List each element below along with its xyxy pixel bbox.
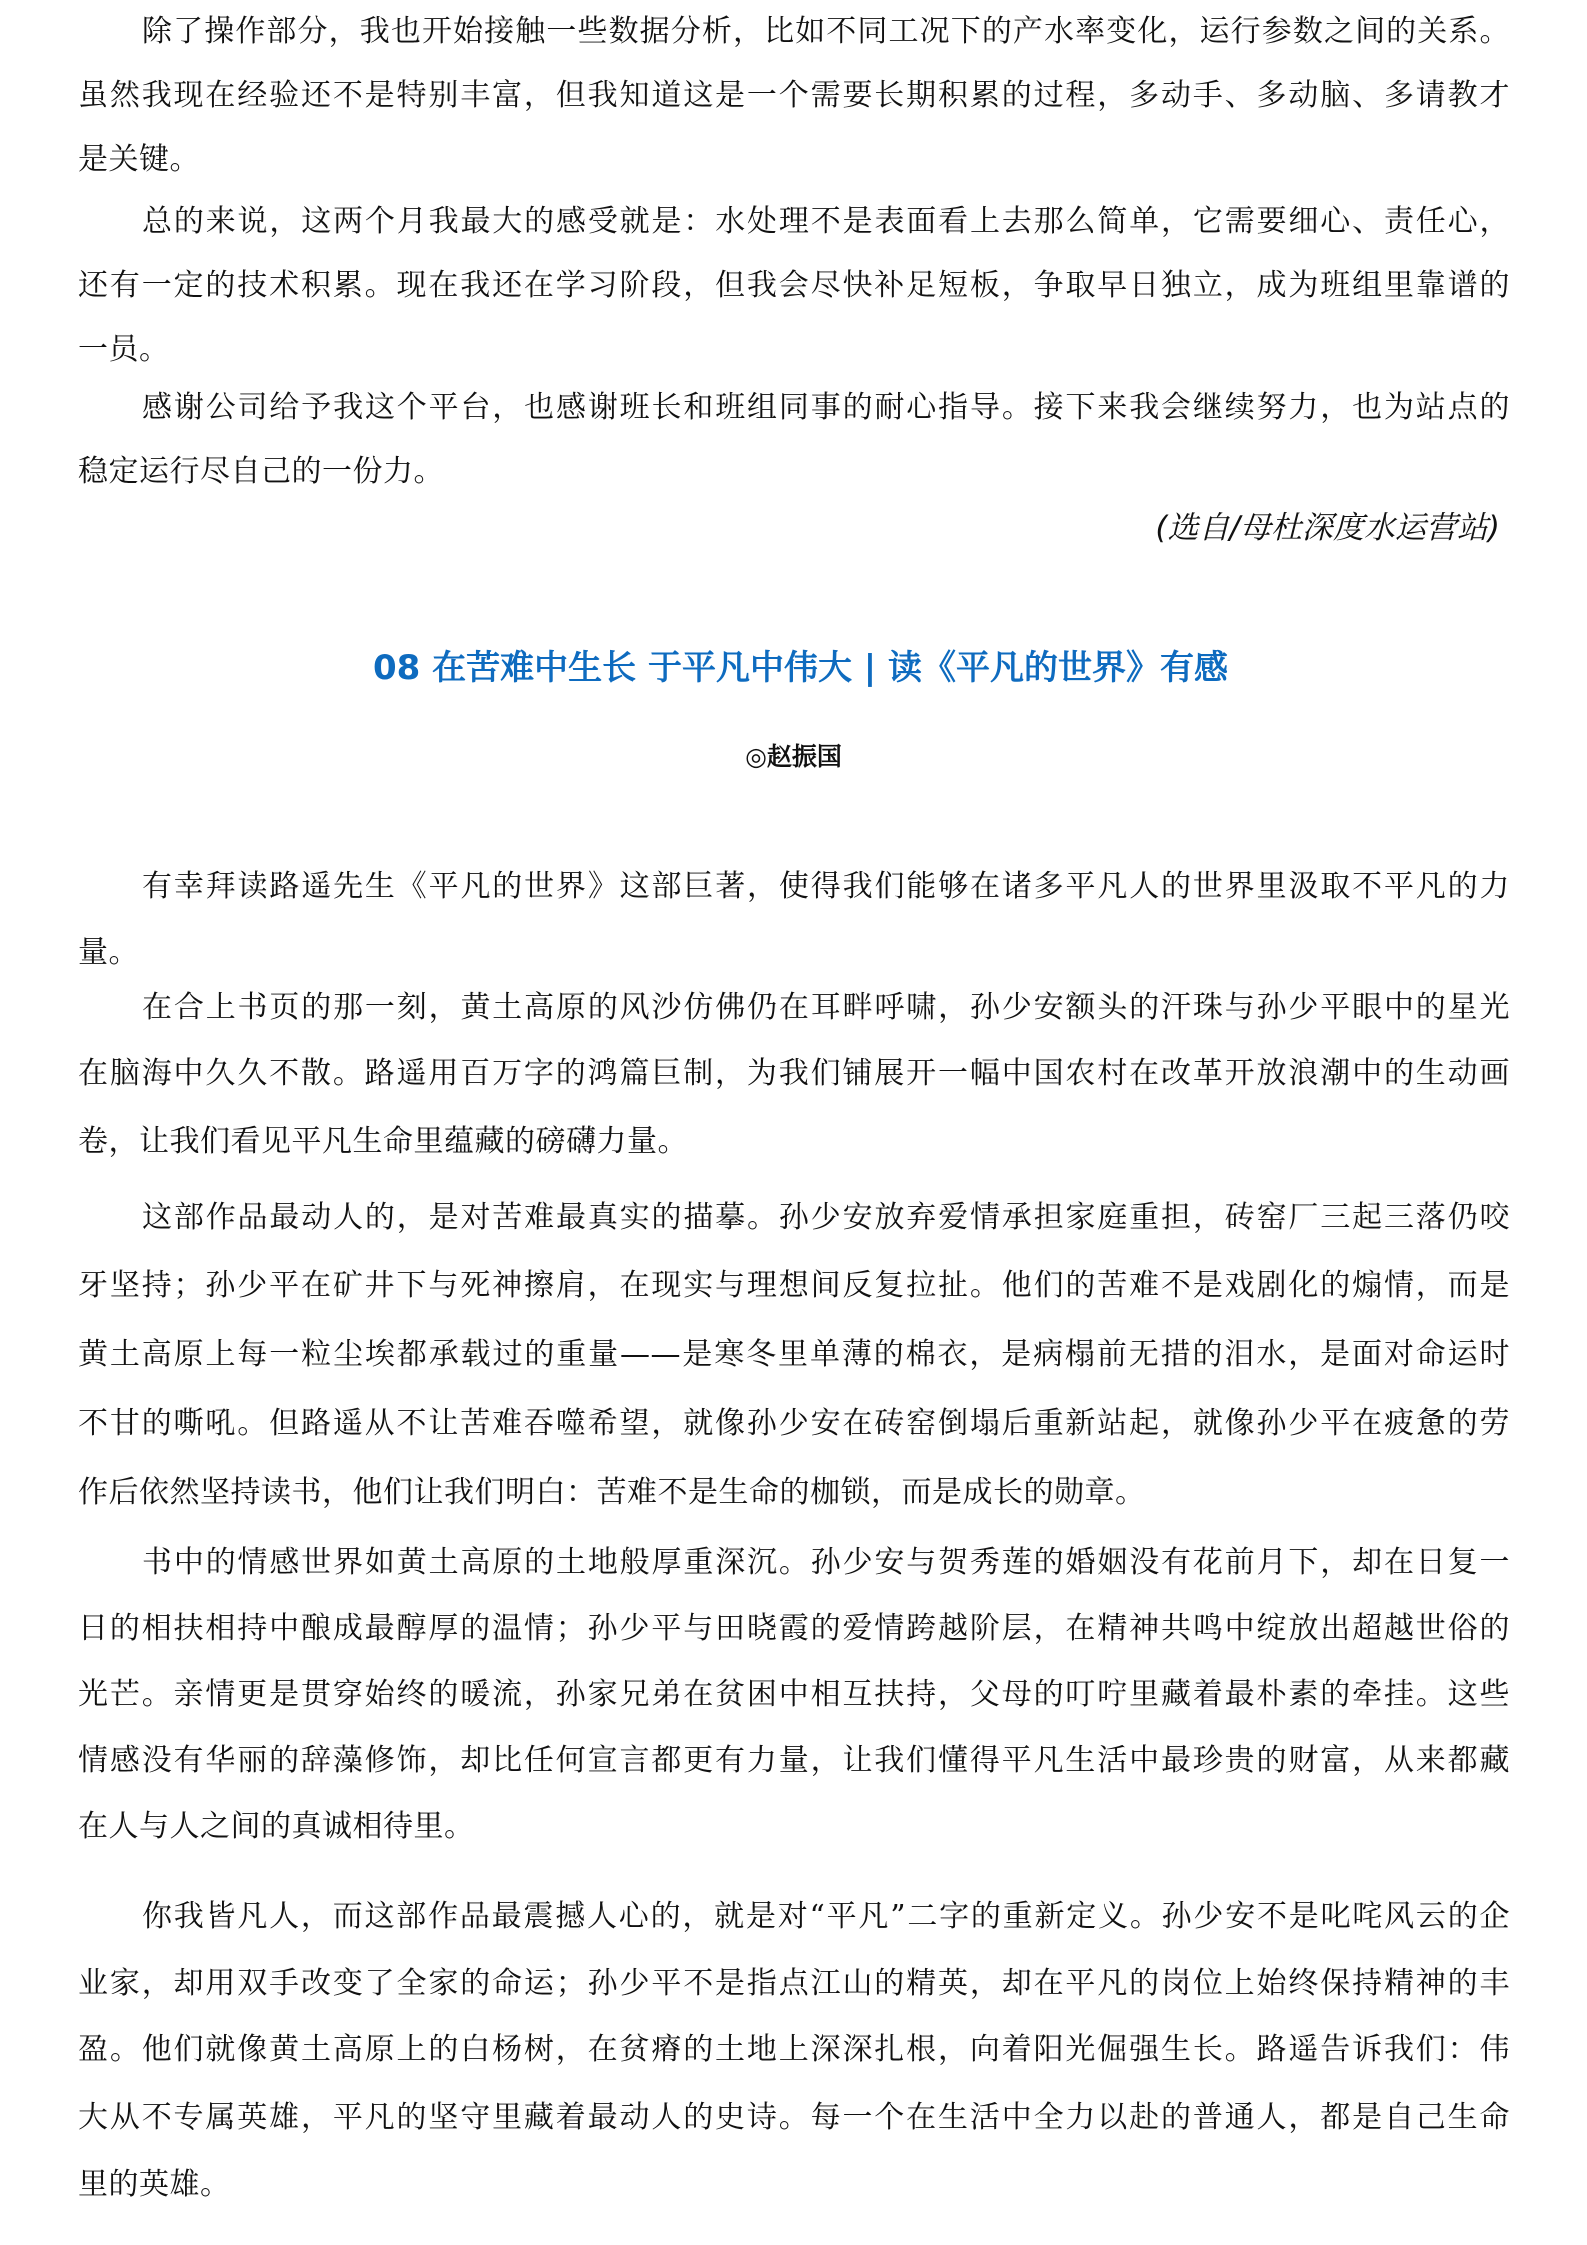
text-line: 这部作品最动人的，是对苦难最真实的描摹。孙少安放弃爱情承担家庭重担，砖窑厂三起三… xyxy=(78,1185,1510,1251)
article-paragraph-2: 在合上书页的那一刻，黄土高原的风沙仿佛仍在耳畔呼啸，孙少安额头的汗珠与孙少平眼中… xyxy=(78,975,1510,1176)
text-line: 卷，让我们看见平凡生命里蕴藏的磅礴力量。 xyxy=(78,1107,1510,1176)
text-line: 有幸拜读路遥先生《平凡的世界》这部巨著，使得我们能够在诸多平凡人的世界里汲取不平… xyxy=(78,854,1510,920)
previous-article-paragraph-1: 除了操作部分，我也开始接触一些数据分析，比如不同工况下的产水率变化，运行参数之间… xyxy=(78,0,1510,192)
text-line: 总的来说，这两个月我最大的感受就是：水处理不是表面看上去那么简单，它需要细心、责… xyxy=(78,190,1510,254)
text-line: 业家，却用双手改变了全家的命运；孙少平不是指点江山的精英，却在平凡的岗位上始终保… xyxy=(78,1951,1510,2017)
article-paragraph-4: 书中的情感世界如黄土高原的土地般厚重深沉。孙少安与贺秀莲的婚姻没有花前月下，却在… xyxy=(78,1530,1510,1860)
article-author: ◎赵振国 xyxy=(0,738,1587,776)
text-line: 日的相扶相持中酿成最醇厚的温情；孙少平与田晓霞的爱情跨越阶层，在精神共鸣中绽放出… xyxy=(78,1596,1510,1662)
article-paragraph-3: 这部作品最动人的，是对苦难最真实的描摹。孙少安放弃爱情承担家庭重担，砖窑厂三起三… xyxy=(78,1185,1510,1527)
text-line: 在合上书页的那一刻，黄土高原的风沙仿佛仍在耳畔呼啸，孙少安额头的汗珠与孙少平眼中… xyxy=(78,975,1510,1041)
source-attribution: (选自/母杜深度水运营站) xyxy=(1155,505,1500,551)
text-line: 光芒。亲情更是贯穿始终的暖流，孙家兄弟在贫困中相互扶持，父母的叮咛里藏着最朴素的… xyxy=(78,1662,1510,1728)
text-line: 是关键。 xyxy=(78,128,1510,192)
text-line: 里的英雄。 xyxy=(78,2152,1510,2218)
text-line: 盈。他们就像黄土高原上的白杨树，在贫瘠的土地上深深扎根，向着阳光倔强生长。路遥告… xyxy=(78,2017,1510,2083)
text-line: 在脑海中久久不散。路遥用百万字的鸿篇巨制，为我们铺展开一幅中国农村在改革开放浪潮… xyxy=(78,1041,1510,1107)
text-line: 一员。 xyxy=(78,318,1510,382)
text-line: 感谢公司给予我这个平台，也感谢班长和班组同事的耐心指导。接下来我会继续努力，也为… xyxy=(78,376,1510,440)
text-line: 书中的情感世界如黄土高原的土地般厚重深沉。孙少安与贺秀莲的婚姻没有花前月下，却在… xyxy=(78,1530,1510,1596)
text-line: 你我皆凡人，而这部作品最震撼人心的，就是对“平凡”二字的重新定义。孙少安不是叱咤… xyxy=(78,1882,1510,1951)
text-line: 情感没有华丽的辞藻修饰，却比任何宣言都更有力量，让我们懂得平凡生活中最珍贵的财富… xyxy=(78,1728,1510,1794)
text-line: 大从不专属英雄，平凡的坚守里藏着最动人的史诗。每一个在生活中全力以赴的普通人，都… xyxy=(78,2083,1510,2152)
text-line: 虽然我现在经验还不是特别丰富，但我知道这是一个需要长期积累的过程，多动手、多动脑… xyxy=(78,64,1510,128)
article-paragraph-5: 你我皆凡人，而这部作品最震撼人心的，就是对“平凡”二字的重新定义。孙少安不是叱咤… xyxy=(78,1882,1510,2218)
text-line: 作后依然坚持读书，他们让我们明白：苦难不是生命的枷锁，而是成长的勋章。 xyxy=(78,1458,1510,1527)
text-line: 除了操作部分，我也开始接触一些数据分析，比如不同工况下的产水率变化，运行参数之间… xyxy=(78,0,1510,64)
text-line: 还有一定的技术积累。现在我还在学习阶段，但我会尽快补足短板，争取早日独立，成为班… xyxy=(78,254,1510,318)
text-line: 不甘的嘶吼。但路遥从不让苦难吞噬希望，就像孙少安在砖窑倒塌后重新站起，就像孙少平… xyxy=(78,1389,1510,1458)
previous-article-paragraph-3: 感谢公司给予我这个平台，也感谢班长和班组同事的耐心指导。接下来我会继续努力，也为… xyxy=(78,376,1510,504)
previous-article-paragraph-2: 总的来说，这两个月我最大的感受就是：水处理不是表面看上去那么简单，它需要细心、责… xyxy=(78,190,1510,382)
text-line: 稳定运行尽自己的一份力。 xyxy=(78,440,1510,504)
text-line: 在人与人之间的真诚相待里。 xyxy=(78,1794,1510,1860)
text-line: 牙坚持；孙少平在矿井下与死神擦肩，在现实与理想间反复拉扯。他们的苦难不是戏剧化的… xyxy=(78,1251,1510,1320)
text-line: 黄土高原上每一粒尘埃都承载过的重量——是寒冬里单薄的棉衣，是病榻前无措的泪水，是… xyxy=(78,1320,1510,1389)
article-paragraph-1: 有幸拜读路遥先生《平凡的世界》这部巨著，使得我们能够在诸多平凡人的世界里汲取不平… xyxy=(78,854,1510,986)
article-title: 08 在苦难中生长 于平凡中伟大 | 读《平凡的世界》有感 xyxy=(0,643,1587,693)
